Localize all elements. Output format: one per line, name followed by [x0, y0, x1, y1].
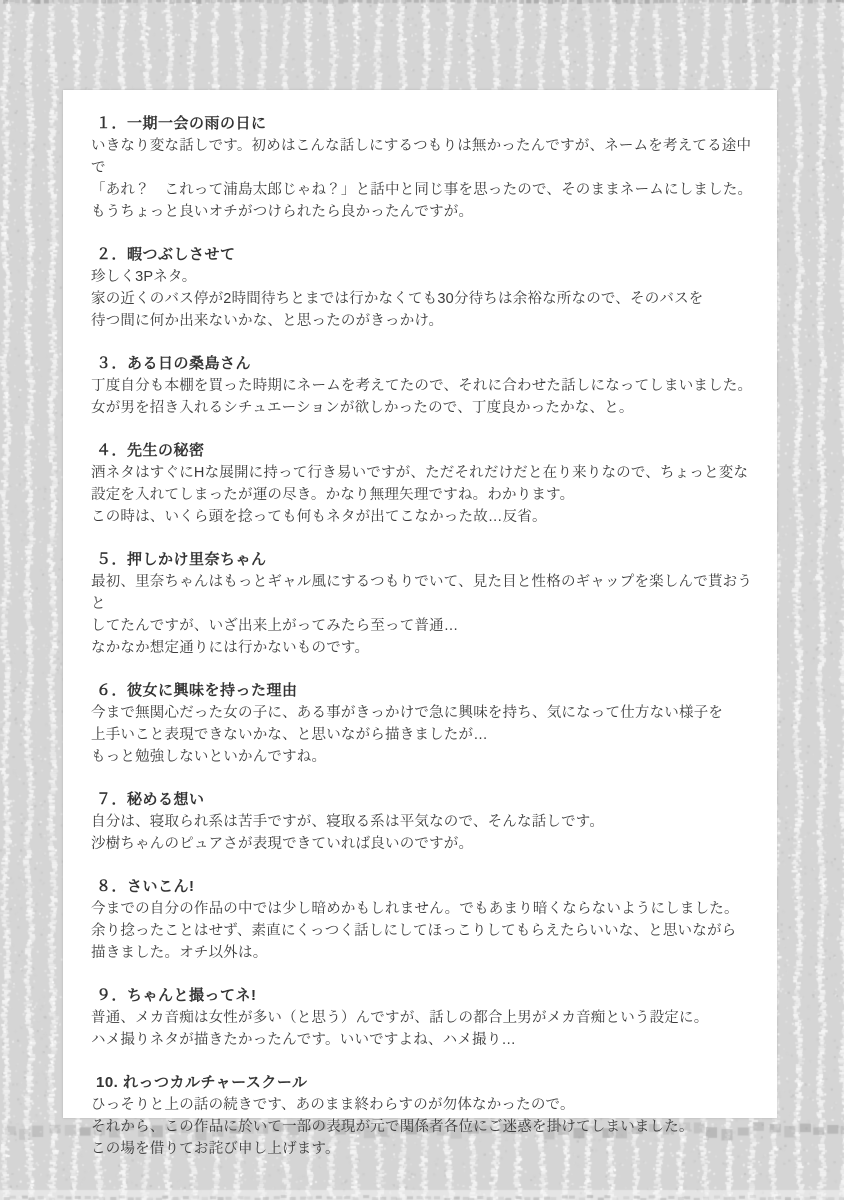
entry-body: ひっそりと上の話の続きです、あのまま終わらすのが勿体なかったので。 それから、こ… — [91, 1094, 761, 1160]
afterword-entry-9: ９．ちゃんと撮ってネ! 普通、メカ音痴は女性が多い（と思う）んですが、話しの都合… — [91, 985, 761, 1051]
entry-heading: ４．先生の秘密 — [91, 440, 761, 462]
afterword-entry-8: ８．さいこん! 今までの自分の作品の中では少し暗めかもしれません。でもあまり暗く… — [91, 876, 761, 964]
entry-heading: ９．ちゃんと撮ってネ! — [91, 985, 761, 1007]
entry-heading: ８．さいこん! — [91, 876, 761, 898]
entry-heading: ６．彼女に興味を持った理由 — [91, 680, 761, 702]
afterword-entry-3: ３．ある日の桑島さん 丁度自分も本棚を買った時期にネームを考えてたので、それに合… — [91, 353, 761, 419]
entry-body: 今までの自分の作品の中では少し暗めかもしれません。でもあまり暗くならないようにし… — [91, 898, 761, 964]
entry-body: 自分は、寝取られ系は苦手ですが、寝取る系は平気なので、そんな話しです。 沙樹ちゃ… — [91, 811, 761, 855]
entry-body: 普通、メカ音痴は女性が多い（と思う）んですが、話しの都合上男がメカ音痴という設定… — [91, 1007, 761, 1051]
afterword-entry-6: ６．彼女に興味を持った理由 今まで無関心だった女の子に、ある事がきっかけで急に興… — [91, 680, 761, 768]
entry-heading: ２．暇つぶしさせて — [91, 244, 761, 266]
entry-body: 珍しく3Pネタ。 家の近くのバス停が2時間待ちとまでは行かなくても30分待ちは余… — [91, 266, 761, 332]
afterword-entry-1: １．一期一会の雨の日に いきなり変な話しです。初めはこんな話しにするつもりは無か… — [91, 113, 761, 223]
afterword-entry-2: ２．暇つぶしさせて 珍しく3Pネタ。 家の近くのバス停が2時間待ちとまでは行かな… — [91, 244, 761, 332]
afterword-entry-4: ４．先生の秘密 酒ネタはすぐにHな展開に持って行き易いですが、ただそれだけだと在… — [91, 440, 761, 528]
entry-body: 丁度自分も本棚を買った時期にネームを考えてたので、それに合わせた話しになってしま… — [91, 375, 761, 419]
entry-heading: １．一期一会の雨の日に — [91, 113, 761, 135]
content-panel: １．一期一会の雨の日に いきなり変な話しです。初めはこんな話しにするつもりは無か… — [63, 90, 777, 1118]
entry-heading: 10. れっつカルチャースクール — [91, 1072, 761, 1094]
entry-heading: ５．押しかけ里奈ちゃん — [91, 549, 761, 571]
entry-body: いきなり変な話しです。初めはこんな話しにするつもりは無かったんですが、ネームを考… — [91, 135, 761, 223]
entry-heading: ３．ある日の桑島さん — [91, 353, 761, 375]
afterword-entry-7: ７．秘める想い 自分は、寝取られ系は苦手ですが、寝取る系は平気なので、そんな話し… — [91, 789, 761, 855]
afterword-entry-10: 10. れっつカルチャースクール ひっそりと上の話の続きです、あのまま終わらすの… — [91, 1072, 761, 1160]
entry-heading: ７．秘める想い — [91, 789, 761, 811]
entry-body: 酒ネタはすぐにHな展開に持って行き易いですが、ただそれだけだと在り来りなので、ち… — [91, 462, 761, 528]
entry-body: 最初、里奈ちゃんはもっとギャル風にするつもりでいて、見た目と性格のギャップを楽し… — [91, 571, 761, 659]
afterword-entry-5: ５．押しかけ里奈ちゃん 最初、里奈ちゃんはもっとギャル風にするつもりでいて、見た… — [91, 549, 761, 659]
entry-body: 今まで無関心だった女の子に、ある事がきっかけで急に興味を持ち、気になって仕方ない… — [91, 702, 761, 768]
